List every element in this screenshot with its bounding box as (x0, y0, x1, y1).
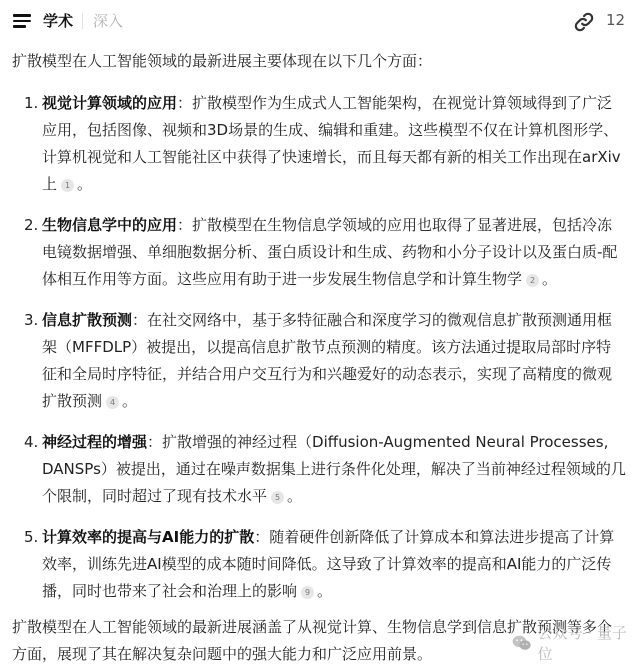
citation-badge[interactable]: 4 (106, 396, 119, 409)
item-end: 。 (542, 270, 557, 288)
item-end: 。 (122, 392, 137, 410)
item-number: 1. (24, 90, 38, 117)
item-end: 。 (287, 487, 302, 505)
advances-list: 1. 视觉计算领域的应用：扩散模型作为生成式人工智能架构，在视觉计算领域得到了广… (0, 90, 640, 619)
citation-badge[interactable]: 2 (526, 274, 539, 287)
citation-badge[interactable]: 1 (61, 179, 74, 192)
item-colon: ： (132, 311, 147, 329)
item-end: 。 (317, 582, 332, 600)
item-number: 3. (24, 307, 38, 334)
tab-academic[interactable]: 学术 (43, 10, 73, 31)
intro-paragraph: 扩散模型在人工智能领域的最新进展主要体现在以下几个方面： (12, 48, 624, 75)
citation-badge[interactable]: 5 (271, 491, 284, 504)
source-count[interactable]: 12 (606, 11, 625, 29)
wechat-icon (512, 635, 532, 651)
item-colon: ： (147, 433, 162, 451)
top-bar: 学术 深入 12 (0, 0, 640, 42)
link-icon[interactable] (573, 11, 595, 33)
watermark-text: 公众号 · 量子位 (538, 622, 640, 664)
list-item: 4. 神经过程的增强：扩散增强的神经过程（Diffusion-Augmented… (0, 429, 640, 510)
citation-badge[interactable]: 9 (301, 586, 314, 599)
item-title: 生物信息学中的应用 (42, 216, 177, 234)
tab-divider (82, 13, 83, 29)
list-item: 1. 视觉计算领域的应用：扩散模型作为生成式人工智能架构，在视觉计算领域得到了广… (0, 90, 640, 198)
item-title: 神经过程的增强 (42, 433, 147, 451)
item-number: 4. (24, 429, 38, 456)
item-colon: ： (177, 94, 192, 112)
item-title: 计算效率的提高与AI能力的扩散 (42, 528, 254, 546)
watermark: 公众号 · 量子位 (512, 633, 640, 653)
item-title: 视觉计算领域的应用 (42, 94, 177, 112)
item-number: 2. (24, 212, 38, 239)
list-item: 2. 生物信息学中的应用：扩散模型在生物信息学领域的应用也取得了显著进展，包括冷… (0, 212, 640, 293)
item-end: 。 (77, 175, 92, 193)
item-colon: ： (177, 216, 192, 234)
tab-deep-dive[interactable]: 深入 (93, 10, 123, 31)
menu-icon[interactable] (13, 14, 31, 28)
list-item: 3. 信息扩散预测：在社交网络中，基于多特征融合和深度学习的微观信息扩散预测通用… (0, 307, 640, 415)
item-colon: ： (254, 528, 269, 546)
item-number: 5. (24, 524, 38, 551)
list-item: 5. 计算效率的提高与AI能力的扩散：随着硬件创新降低了计算成本和算法进步提高了… (0, 524, 640, 605)
item-title: 信息扩散预测 (42, 311, 132, 329)
